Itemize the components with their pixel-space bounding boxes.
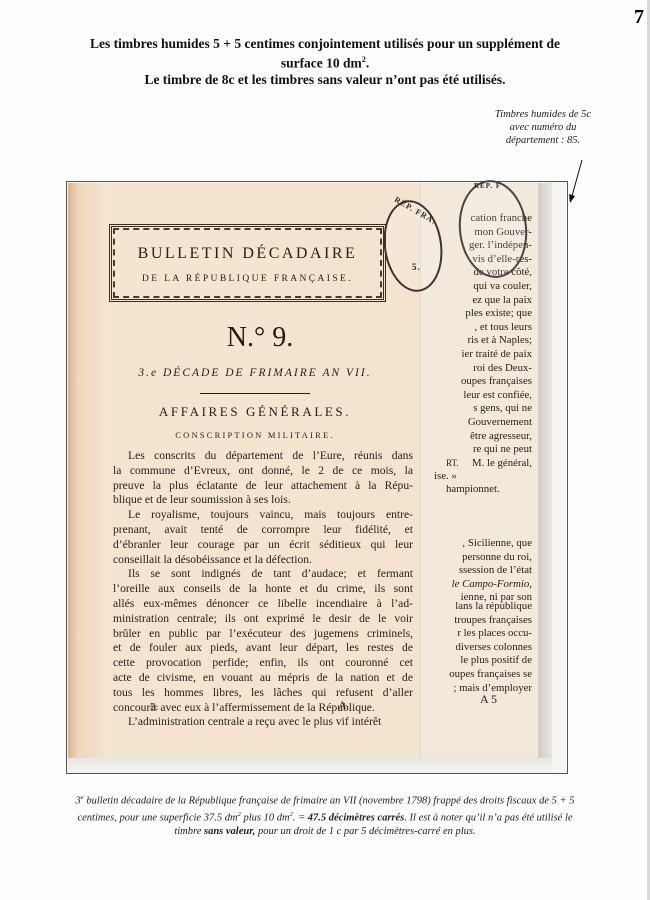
title-ornamental-border xyxy=(109,224,386,302)
signature-mark: A xyxy=(338,698,347,713)
header-note-line2: surface 10 dm2. xyxy=(40,52,610,72)
issue-number: N.° 9. xyxy=(200,322,320,354)
fiscal-stamp-2-text: RÉP. F xyxy=(474,182,501,190)
header-note-line3: Le timbre de 8c et les timbres sans vale… xyxy=(40,72,610,88)
header-note: Les timbres humides 5 + 5 centimes conjo… xyxy=(40,36,610,88)
back-page-signature: A 5 xyxy=(480,692,497,707)
section-subtitle: CONSCRIPTION MILITAIRE. xyxy=(100,430,410,440)
page-number: 7 xyxy=(634,6,644,29)
fiscal-stamp-value: 5. xyxy=(412,262,421,272)
caption: 3e bulletin décadaire de la République f… xyxy=(70,791,580,839)
body-text: Les conscrits du département de l’Eure, … xyxy=(113,449,413,730)
back-page-text-block-4: , Sicilienne, que personne du roi, ssess… xyxy=(434,537,532,605)
back-page-text-block-2: RT. xyxy=(446,457,544,471)
divider-rule xyxy=(200,393,310,394)
back-page-text-block-3: hampionnet. xyxy=(446,483,544,497)
signature-mark-left: 3. xyxy=(150,701,158,713)
bulletin-subtitle: DE LA RÉPUBLIQUE FRANÇAISE. xyxy=(109,274,386,284)
section-title: AFFAIRES GÉNÉRALES. xyxy=(100,404,410,420)
side-note-annotation: Timbres humides de 5c avec numéro du dép… xyxy=(478,108,608,147)
bottom-strip xyxy=(68,758,552,772)
back-page-text-block-5: lans la république troupes françaises r … xyxy=(434,600,532,695)
header-note-line1: Les timbres humides 5 + 5 centimes conjo… xyxy=(40,36,610,52)
bulletin-title: BULLETIN DÉCADAIRE xyxy=(109,245,386,263)
decade-line: 3.e DÉCADE DE FRIMAIRE AN VII. xyxy=(100,367,410,379)
